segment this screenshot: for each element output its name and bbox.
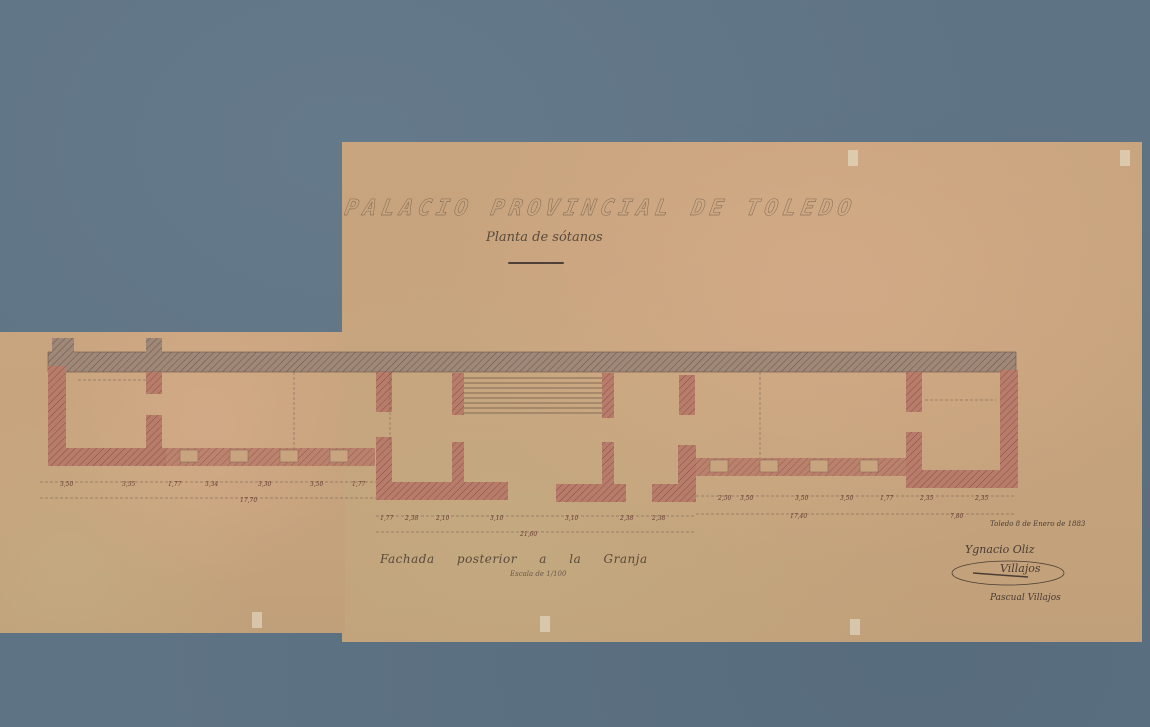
signature-3: Pascual Villajos — [990, 593, 1061, 603]
svg-text:1,77: 1,77 — [168, 481, 182, 488]
scale-label: Escala de 1/100 — [510, 570, 566, 578]
svg-text:3,10: 3,10 — [565, 515, 579, 522]
svg-text:3,50: 3,50 — [310, 481, 324, 488]
tape-mark — [850, 619, 860, 635]
svg-text:17,40: 17,40 — [790, 513, 807, 520]
svg-text:2,38: 2,38 — [404, 515, 419, 522]
svg-text:3,34: 3,34 — [205, 481, 219, 488]
tape-mark — [1120, 150, 1130, 166]
title-underline — [508, 262, 564, 264]
signature-flourish — [948, 555, 1068, 595]
facade-label: Fachada posterior a la Granja — [380, 552, 648, 566]
svg-text:2,10: 2,10 — [435, 515, 450, 522]
svg-text:3,30: 3,30 — [258, 481, 272, 488]
floor-plan: 3,50 3,55 1,77 3,34 3,30 3,50 1,77 17,70… — [0, 0, 1150, 727]
svg-text:3,50: 3,50 — [795, 495, 809, 502]
svg-text:3,50: 3,50 — [840, 495, 854, 502]
svg-text:2,38: 2,38 — [619, 515, 634, 522]
tape-mark — [252, 612, 262, 628]
svg-text:2,35: 2,35 — [919, 495, 934, 502]
date-line: Toledo 8 de Enero de 1883 — [990, 520, 1085, 528]
svg-text:3,10: 3,10 — [490, 515, 504, 522]
svg-text:1,77: 1,77 — [880, 495, 894, 502]
svg-text:3,50: 3,50 — [740, 495, 754, 502]
svg-text:7,80: 7,80 — [950, 513, 964, 520]
svg-text:3,55: 3,55 — [122, 481, 136, 488]
svg-text:1,77: 1,77 — [352, 481, 366, 488]
svg-text:17,70: 17,70 — [240, 497, 257, 504]
svg-text:3,50: 3,50 — [60, 481, 74, 488]
svg-text:2,50: 2,50 — [717, 495, 732, 502]
svg-text:21,60: 21,60 — [519, 531, 537, 538]
svg-text:2,35: 2,35 — [974, 495, 989, 502]
tape-mark — [848, 150, 858, 166]
drawing-title: PALACIO PROVINCIAL DE TOLEDO — [343, 196, 858, 221]
tape-mark — [540, 616, 550, 632]
svg-text:1,77: 1,77 — [380, 515, 394, 522]
svg-text:2,38: 2,38 — [651, 515, 666, 522]
drawing-subtitle: Planta de sótanos — [486, 230, 603, 245]
